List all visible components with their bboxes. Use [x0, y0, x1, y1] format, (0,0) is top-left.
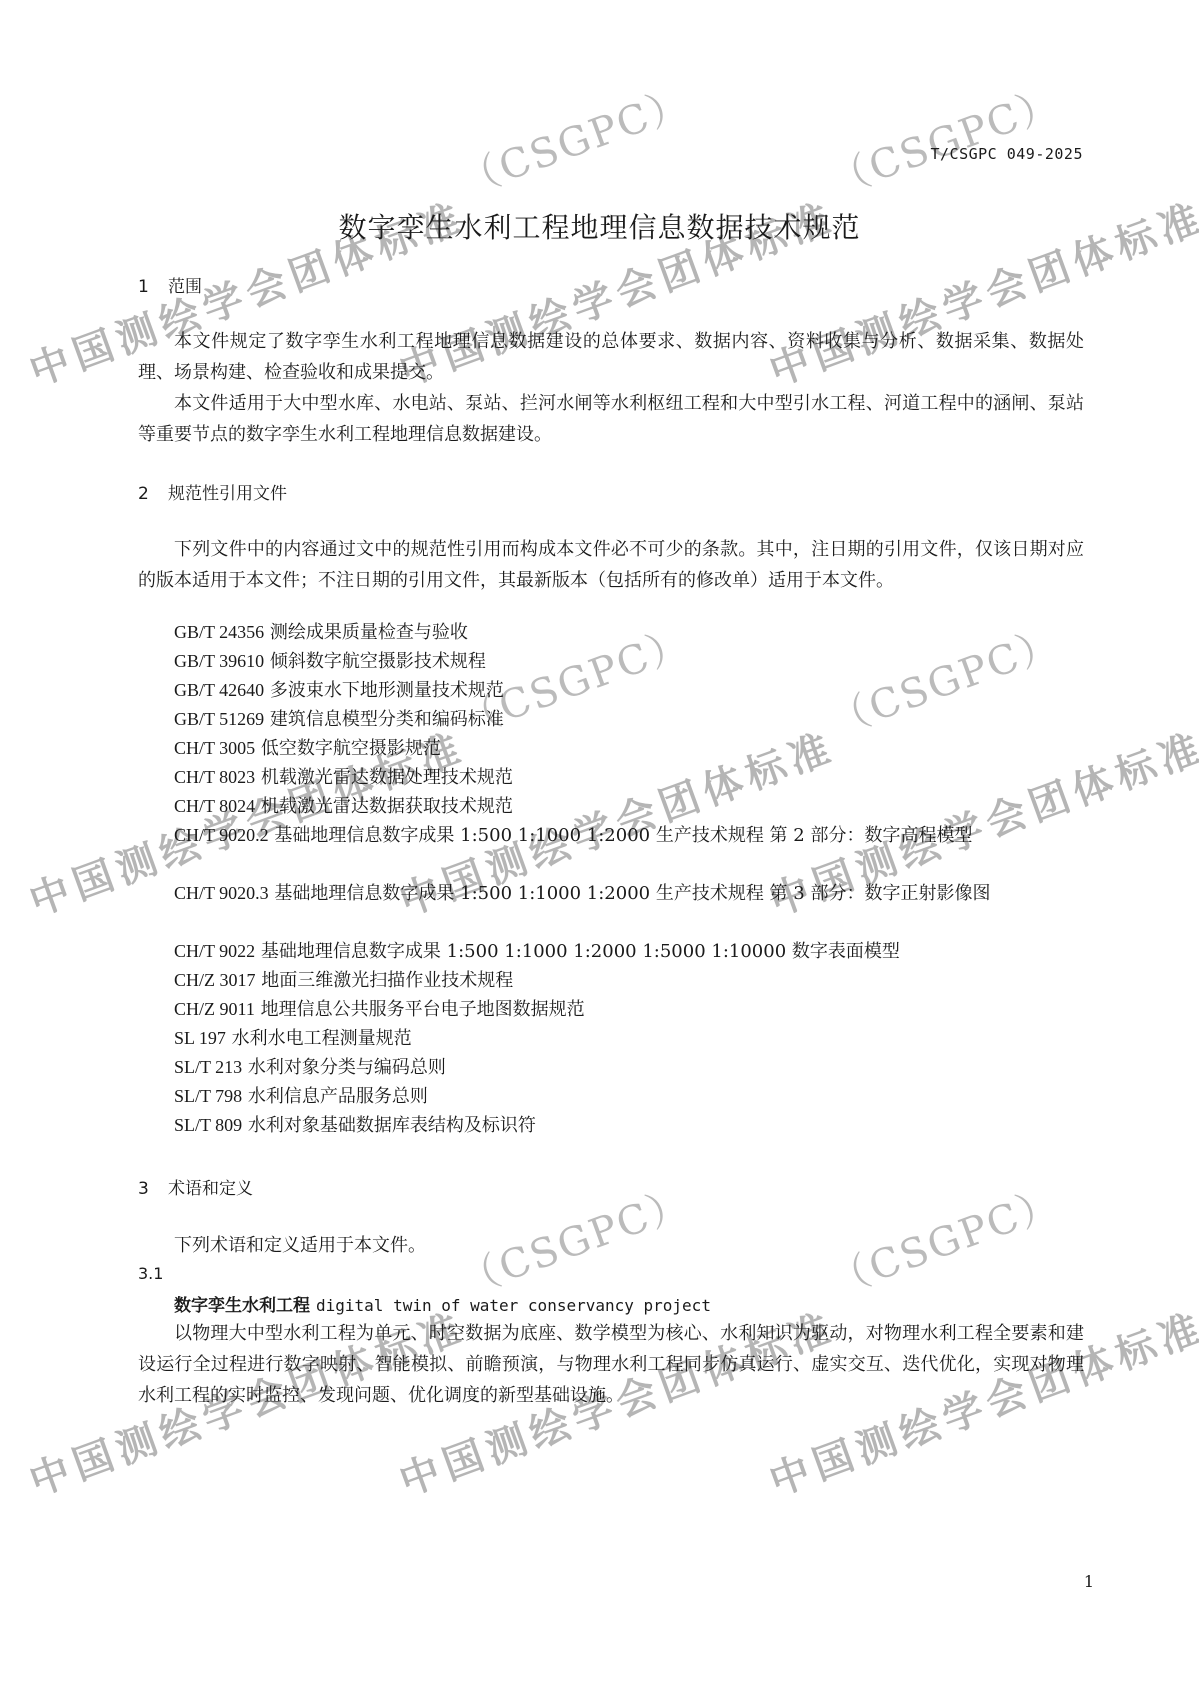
reference-code: GB/T 42640 [174, 680, 264, 700]
reference-code: GB/T 24356 [174, 622, 264, 642]
reference-code: CH/T 9020.2 [174, 825, 269, 845]
reference-item: GB/T 42640 多波束水下地形测量技术规范 [174, 675, 1084, 706]
section-title: 规范性引用文件 [168, 484, 287, 504]
paragraph: 本文件适用于大中型水库、水电站、泵站、拦河水闸等水利枢纽工程和大中型引水工程、河… [138, 388, 1084, 450]
reference-item: CH/T 9020.2 基础地理信息数字成果 1:500 1:1000 1:20… [138, 820, 1084, 851]
reference-title: 低空数字航空摄影规范 [261, 738, 441, 759]
reference-item: SL/T 213 水利对象分类与编码总则 [174, 1052, 1084, 1083]
watermark: （CSGPC） [821, 71, 1067, 207]
reference-item: GB/T 51269 建筑信息模型分类和编码标准 [174, 704, 1084, 735]
reference-item: CH/T 9022 基础地理信息数字成果 1:500 1:1000 1:2000… [174, 936, 1084, 967]
reference-code: CH/T 9022 [174, 941, 255, 961]
reference-title: 水利水电工程测量规范 [232, 1028, 412, 1049]
reference-item: CH/T 3005 低空数字航空摄影规范 [174, 733, 1084, 764]
reference-code: CH/T 3005 [174, 738, 255, 758]
document-title: 数字孪生水利工程地理信息数据技术规范 [0, 206, 1199, 246]
term-definition: 以物理大中型水利工程为单元、时空数据为底座、数学模型为核心、水利知识为驱动，对物… [138, 1318, 1084, 1411]
watermark: （CSGPC） [451, 71, 697, 207]
reference-title: 倾斜数字航空摄影技术规程 [270, 651, 486, 672]
reference-title: 机载激光雷达数据处理技术规范 [261, 767, 513, 788]
reference-title: 测绘成果质量检查与验收 [270, 622, 468, 643]
reference-item: GB/T 39610 倾斜数字航空摄影技术规程 [174, 646, 1084, 677]
reference-item: CH/T 9020.3 基础地理信息数字成果 1:500 1:1000 1:20… [138, 878, 1084, 909]
reference-title: 水利信息产品服务总则 [248, 1086, 428, 1107]
reference-title: 水利对象分类与编码总则 [248, 1057, 446, 1078]
reference-item: SL 197 水利水电工程测量规范 [174, 1023, 1084, 1054]
reference-code: CH/Z 3017 [174, 970, 256, 990]
reference-title: 机载激光雷达数据获取技术规范 [261, 796, 513, 817]
reference-code: CH/T 8023 [174, 767, 255, 787]
reference-title: 地理信息公共服务平台电子地图数据规范 [261, 999, 585, 1020]
reference-code: SL/T 809 [174, 1115, 242, 1135]
reference-item: GB/T 24356 测绘成果质量检查与验收 [174, 617, 1084, 648]
reference-code: GB/T 39610 [174, 651, 264, 671]
reference-item: CH/Z 3017 地面三维激光扫描作业技术规程 [174, 965, 1084, 996]
term-name: 数字孪生水利工程digital twin of water conservanc… [174, 1291, 711, 1316]
reference-item: SL/T 798 水利信息产品服务总则 [174, 1081, 1084, 1112]
paragraph: 本文件规定了数字孪生水利工程地理信息数据建设的总体要求、数据内容、资料收集与分析… [138, 326, 1084, 388]
section-number: 2 [138, 484, 168, 504]
document-page: 中国测绘学会团体标准 中国测绘学会团体标准 中国测绘学会团体标准 中国测绘学会团… [0, 0, 1199, 1696]
term-name-en: digital twin of water conservancy projec… [316, 1296, 711, 1315]
reference-title: 基础地理信息数字成果 1:500 1:1000 1:2000 生产技术规程 第 … [274, 883, 990, 904]
term-name-zh: 数字孪生水利工程 [174, 1296, 310, 1316]
reference-title: 多波束水下地形测量技术规范 [270, 680, 504, 701]
reference-code: SL/T 798 [174, 1086, 242, 1106]
reference-code: SL 197 [174, 1028, 226, 1048]
paragraph: 下列文件中的内容通过文中的规范性引用而构成本文件必不可少的条款。其中，注日期的引… [138, 534, 1084, 596]
page-number: 1 [1084, 1572, 1094, 1591]
section-number: 1 [138, 277, 168, 297]
reference-code: CH/T 8024 [174, 796, 255, 816]
reference-title: 基础地理信息数字成果 1:500 1:1000 1:2000 1:5000 1:… [261, 941, 900, 962]
paragraph: 下列术语和定义适用于本文件。 [138, 1230, 1084, 1261]
reference-code: CH/T 9020.3 [174, 883, 269, 903]
reference-title: 基础地理信息数字成果 1:500 1:1000 1:2000 生产技术规程 第 … [274, 825, 972, 846]
reference-item: CH/T 8024 机载激光雷达数据获取技术规范 [174, 791, 1084, 822]
standard-code: T/CSGPC 049-2025 [931, 145, 1084, 163]
reference-title: 建筑信息模型分类和编码标准 [270, 709, 504, 730]
section-heading: 2规范性引用文件 [138, 479, 287, 504]
reference-code: GB/T 51269 [174, 709, 264, 729]
reference-title: 地面三维激光扫描作业技术规程 [261, 970, 513, 991]
section-heading: 3术语和定义 [138, 1174, 253, 1199]
section-title: 术语和定义 [168, 1179, 253, 1199]
reference-code: SL/T 213 [174, 1057, 242, 1077]
reference-item: CH/Z 9011 地理信息公共服务平台电子地图数据规范 [174, 994, 1084, 1025]
reference-item: SL/T 809 水利对象基础数据库表结构及标识符 [174, 1110, 1084, 1141]
reference-title: 水利对象基础数据库表结构及标识符 [248, 1115, 536, 1136]
term-number: 3.1 [138, 1264, 163, 1283]
section-number: 3 [138, 1179, 168, 1199]
reference-code: CH/Z 9011 [174, 999, 255, 1019]
section-heading: 1范围 [138, 272, 202, 297]
reference-item: CH/T 8023 机载激光雷达数据处理技术规范 [174, 762, 1084, 793]
section-title: 范围 [168, 277, 202, 297]
